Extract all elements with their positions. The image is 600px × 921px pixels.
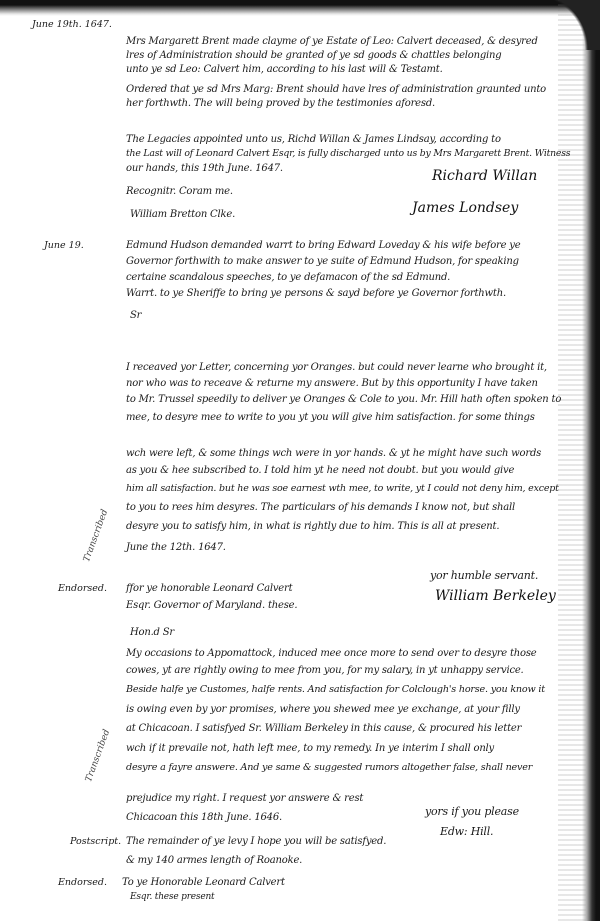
text-line: Edmund Hudson demanded warrt to bring Ed… — [126, 240, 520, 251]
page-corner — [530, 0, 600, 50]
text-line: Warrt. to ye Sheriffe to bring ye person… — [126, 288, 506, 299]
text-line: unto ye sd Leo: Calvert him, according t… — [126, 64, 443, 75]
text-line: Chicacoan this 18th June. 1646. — [126, 812, 282, 823]
text-line: wch if it prevaile not, hath left mee, t… — [126, 743, 494, 754]
text-line: him all satisfaction. but he was soe ear… — [126, 483, 559, 494]
document-page: June 19th. 1647. Mrs Margarett Brent mad… — [0, 0, 600, 921]
text-line: I receaved yor Letter, concerning yor Or… — [126, 362, 547, 373]
text-line: mee, to desyre mee to write to you yt yo… — [126, 412, 535, 423]
margin-label: Postscript. — [70, 836, 121, 847]
text-line: & my 140 armes length of Roanoke. — [126, 855, 302, 866]
text-line: To ye Honorable Leonard Calvert — [122, 877, 285, 888]
closing: yors if you please — [425, 806, 519, 817]
text-line: The Legacies appointed unto us, Richd Wi… — [126, 134, 501, 145]
text-line: cowes, yt are rightly owing to mee from … — [126, 665, 524, 676]
margin-label: Endorsed. — [58, 583, 107, 594]
text-line: June the 12th. 1647. — [126, 542, 226, 553]
text-line: William Bretton Clke. — [130, 209, 235, 220]
text-line: My occasions to Appomattock, induced mee… — [126, 648, 537, 659]
text-line: Esqr. these present — [130, 892, 214, 903]
salutation: Hon.d Sr — [130, 627, 174, 638]
text-line: wch were left, & some things wch were in… — [126, 448, 541, 459]
text-line: Governor forthwith to make answer to ye … — [126, 256, 519, 267]
text-line: at Chicacoan. I satisfyed Sr. William Be… — [126, 723, 521, 734]
closing: yor humble servant. — [430, 570, 538, 581]
signature: Richard Willan — [432, 168, 537, 184]
margin-label: Endorsed. — [58, 877, 107, 888]
salutation: Sr — [130, 310, 141, 321]
scan-right-edge — [582, 0, 600, 921]
signature: James Londsey — [412, 200, 518, 216]
margin-date: June 19th. 1647. — [32, 19, 112, 30]
text-line: The remainder of ye levy I hope you will… — [126, 836, 386, 847]
margin-note-rotated: Transcribed — [82, 508, 110, 563]
text-line: Recognitr. Coram me. — [126, 186, 233, 197]
signature: Edw: Hill. — [440, 826, 493, 837]
margin-date: June 19. — [44, 240, 84, 251]
text-line: desyre you to satisfy him, in what is ri… — [126, 521, 499, 532]
margin-note-rotated: Transcribed — [84, 728, 112, 783]
text-line: desyre a fayre answere. And ye same & su… — [126, 762, 532, 773]
text-line: nor who was to receave & returne my answ… — [126, 378, 538, 389]
text-line: as you & hee subscribed to. I told him y… — [126, 465, 514, 476]
text-line: our hands, this 19th June. 1647. — [126, 163, 283, 174]
text-line: Ordered that ye sd Mrs Marg: Brent shoul… — [126, 84, 546, 95]
text-line: the Last will of Leonard Calvert Esqr, i… — [126, 148, 570, 159]
text-line: certaine scandalous speeches, to ye defa… — [126, 272, 450, 283]
text-line: Mrs Margarett Brent made clayme of ye Es… — [126, 36, 538, 47]
text-line: Esqr. Governor of Maryland. these. — [126, 600, 297, 611]
text-line: prejudice my right. I request yor answer… — [126, 793, 363, 804]
scan-edge-shadow — [0, 0, 600, 16]
text-line: lres of Administration should be granted… — [126, 50, 502, 61]
text-line: to you to rees him desyres. The particul… — [126, 502, 515, 513]
text-line: her forthwth. The will being proved by t… — [126, 98, 435, 109]
text-line: Beside halfe ye Customes, halfe rents. A… — [126, 684, 545, 695]
text-line: to Mr. Trussel speedily to deliver ye Or… — [126, 394, 561, 405]
text-line: ffor ye honorable Leonard Calvert — [126, 583, 292, 594]
signature: William Berkeley — [435, 588, 556, 604]
text-line: is owing even by yor promises, where you… — [126, 704, 520, 715]
